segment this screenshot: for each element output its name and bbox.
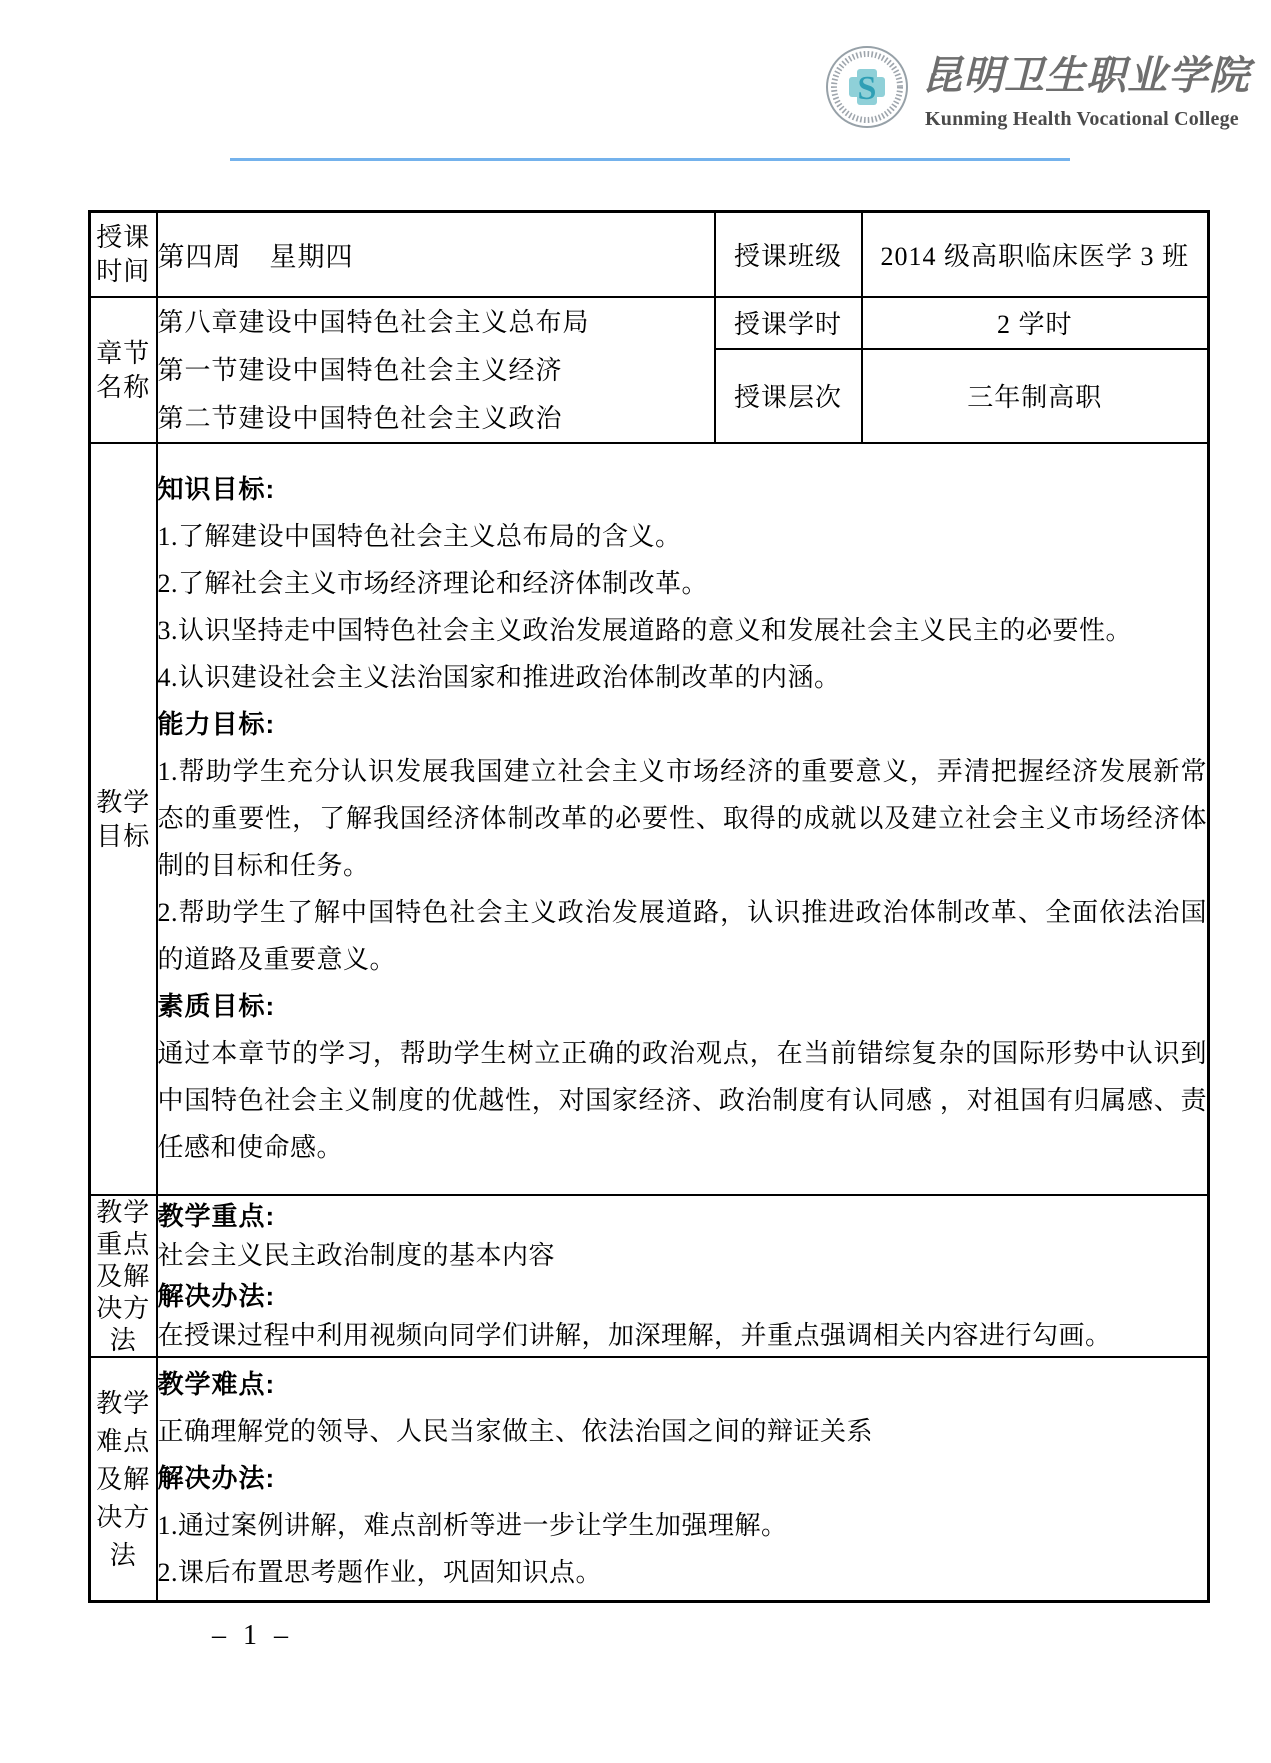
difficulties-label: 教学难点及解决方法 — [95, 1384, 151, 1574]
time-label: 授课时间 — [95, 220, 151, 288]
difficulty-solution-line: 2.课后布置思考题作业，巩固知识点。 — [158, 1549, 1208, 1596]
difficulties-content-cell: 教学难点: 正确理解党的领导、人民当家做主、依法治国之间的辩证关系 解决办法: … — [157, 1357, 1209, 1602]
chapter-line: 第八章建设中国特色社会主义总布局 — [158, 298, 714, 346]
difficulties-label-cell: 教学难点及解决方法 — [90, 1357, 157, 1602]
hours-value-cell: 2 学时 — [862, 297, 1209, 349]
key-points-content-cell: 教学重点: 社会主义民主政治制度的基本内容 解决办法: 在授课过程中利用视频向同… — [157, 1195, 1209, 1357]
lesson-plan-page: S 昆明卫生职业学院 Kunming Health Vocational Col… — [0, 0, 1271, 1763]
chapter-content-cell: 第八章建设中国特色社会主义总布局 第一节建设中国特色社会主义经济 第二节建设中国… — [157, 297, 715, 443]
chapter-label-cell: 章节名称 — [90, 297, 157, 443]
key-point-solution-line: 在授课过程中利用视频向同学们讲解，加深理解，并重点强调相关内容进行勾画。 — [158, 1316, 1208, 1356]
header-divider — [230, 158, 1070, 161]
level-value-cell: 三年制高职 — [862, 349, 1209, 443]
quality-goal-line: 通过本章节的学习，帮助学生树立正确的政治观点，在当前错综复杂的国际形势中认识到中… — [158, 1030, 1208, 1171]
time-label-cell: 授课时间 — [90, 212, 157, 297]
class-label-cell: 授课班级 — [715, 212, 862, 297]
chapter-label: 章节名称 — [95, 336, 151, 404]
knowledge-goal-line: 4.认识建设社会主义法治国家和推进政治体制改革的内涵。 — [158, 654, 1208, 701]
table-row: 授课时间 第四周 星期四 授课班级 2014 级高职临床医学 3 班 — [90, 212, 1209, 297]
level-label-cell: 授课层次 — [715, 349, 862, 443]
table-row: 教学难点及解决方法 教学难点: 正确理解党的领导、人民当家做主、依法治国之间的辩… — [90, 1357, 1209, 1602]
college-name-chinese: 昆明卫生职业学院 — [922, 44, 1222, 101]
knowledge-goals-heading: 知识目标: — [158, 466, 1208, 513]
knowledge-goal-line: 3.认识坚持走中国特色社会主义政治发展道路的意义和发展社会主义民主的必要性。 — [158, 607, 1208, 654]
time-value-cell: 第四周 星期四 — [157, 212, 715, 297]
lesson-plan-table: 授课时间 第四周 星期四 授课班级 2014 级高职临床医学 3 班 章节名称 … — [88, 210, 1210, 1603]
ability-goal-line: 1.帮助学生充分认识发展我国建立社会主义市场经济的重要意义，弄清把握经济发展新常… — [158, 748, 1208, 889]
quality-goals-heading: 素质目标: — [158, 983, 1208, 1030]
knowledge-goal-line: 1.了解建设中国特色社会主义总布局的含义。 — [158, 513, 1208, 560]
key-point-heading: 教学重点: — [158, 1196, 1208, 1236]
key-points-label-cell: 教学重点及解决方法 — [90, 1195, 157, 1357]
chapter-line: 第一节建设中国特色社会主义经济 — [158, 346, 714, 394]
knowledge-goal-line: 2.了解社会主义市场经济理论和经济体制改革。 — [158, 560, 1208, 607]
college-seal-icon: S — [824, 44, 910, 135]
goals-label-cell: 教学目标 — [90, 443, 157, 1195]
difficulty-solution-heading: 解决办法: — [158, 1455, 1208, 1502]
ability-goal-line: 2.帮助学生了解中国特色社会主义政治发展道路，认识推进政治体制改革、全面依法治国… — [158, 889, 1208, 983]
table-row: 教学重点及解决方法 教学重点: 社会主义民主政治制度的基本内容 解决办法: 在授… — [90, 1195, 1209, 1357]
hours-label-cell: 授课学时 — [715, 297, 862, 349]
table-row: 章节名称 第八章建设中国特色社会主义总布局 第一节建设中国特色社会主义经济 第二… — [90, 297, 1209, 349]
page-number: – 1 – — [212, 1620, 293, 1652]
difficulty-heading: 教学难点: — [158, 1361, 1208, 1408]
difficulty-line: 正确理解党的领导、人民当家做主、依法治国之间的辩证关系 — [158, 1408, 1208, 1455]
key-point-solution-heading: 解决办法: — [158, 1276, 1208, 1316]
key-points-label: 教学重点及解决方法 — [95, 1196, 151, 1356]
class-value-cell: 2014 级高职临床医学 3 班 — [862, 212, 1209, 297]
ability-goals-heading: 能力目标: — [158, 701, 1208, 748]
difficulty-solution-line: 1.通过案例讲解，难点剖析等进一步让学生加强理解。 — [158, 1502, 1208, 1549]
college-name-english: Kunming Health Vocational College — [925, 108, 1239, 131]
goals-content-cell: 知识目标: 1.了解建设中国特色社会主义总布局的含义。 2.了解社会主义市场经济… — [157, 443, 1209, 1195]
key-point-line: 社会主义民主政治制度的基本内容 — [158, 1236, 1208, 1276]
table-row: 教学目标 知识目标: 1.了解建设中国特色社会主义总布局的含义。 2.了解社会主… — [90, 443, 1209, 1195]
goals-label: 教学目标 — [95, 785, 151, 853]
chapter-line: 第二节建设中国特色社会主义政治 — [158, 394, 714, 442]
svg-text:S: S — [858, 70, 877, 107]
